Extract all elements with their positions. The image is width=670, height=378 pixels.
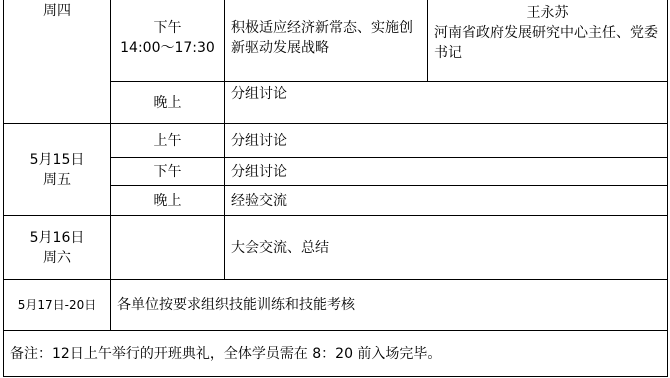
table-row: 5月17日-20日 各单位按要求组织技能训练和技能考核 xyxy=(4,280,668,331)
period-cell: 上午 xyxy=(111,124,225,158)
date-range-cell: 5月17日-20日 xyxy=(4,280,111,331)
time-label: 14:00～17:30 xyxy=(117,38,218,58)
period-cell-empty xyxy=(111,216,225,280)
topic-cell: 各单位按要求组织技能训练和技能考核 xyxy=(111,280,668,331)
period-cell: 晚上 xyxy=(111,82,225,124)
period-cell: 下午 xyxy=(111,158,225,186)
table-row: 5月14日 周四 下午 14:00～17:30 积极适应经济新常态、实施创新驱动… xyxy=(4,0,668,82)
note-cell: 备注：12日上午举行的开班典礼，全体学员需在 8：20 前入场完毕。 xyxy=(4,331,668,377)
speaker-name: 王永苏 xyxy=(434,3,661,23)
weekday-label: 周四 xyxy=(10,1,104,21)
speaker-title: 河南省政府发展研究中心主任、党委书记 xyxy=(434,23,661,63)
speaker-cell: 王永苏 河南省政府发展研究中心主任、党委书记 xyxy=(428,0,668,82)
weekday-label: 周五 xyxy=(10,170,104,190)
date-cell-14: 5月14日 周四 xyxy=(4,0,111,124)
topic-cell: 分组讨论 xyxy=(225,124,668,158)
topic-cell: 大会交流、总结 xyxy=(225,216,668,280)
topic-cell: 分组讨论 xyxy=(225,158,668,186)
training-schedule-table: 5月14日 周四 下午 14:00～17:30 积极适应经济新常态、实施创新驱动… xyxy=(3,0,668,377)
topic-cell: 积极适应经济新常态、实施创新驱动发展战略 xyxy=(225,0,428,82)
date-cell-15: 5月15日 周五 xyxy=(4,124,111,216)
period-label: 下午 xyxy=(117,18,218,38)
topic-cell: 经验交流 xyxy=(225,186,668,216)
date-cell-16: 5月16日 周六 xyxy=(4,216,111,280)
table-row: 5月16日 周六 大会交流、总结 xyxy=(4,216,668,280)
topic-text: 积极适应经济新常态、实施创新驱动发展战略 xyxy=(231,18,421,58)
date-label: 5月16日 xyxy=(10,228,104,248)
weekday-label: 周六 xyxy=(10,248,104,268)
date-label: 5月15日 xyxy=(10,150,104,170)
period-cell: 晚上 xyxy=(111,186,225,216)
period-cell: 下午 14:00～17:30 xyxy=(111,0,225,82)
table-row: 备注：12日上午举行的开班典礼，全体学员需在 8：20 前入场完毕。 xyxy=(4,331,668,377)
table-row: 5月15日 周五 上午 分组讨论 xyxy=(4,124,668,158)
topic-cell: 分组讨论 xyxy=(225,82,668,124)
